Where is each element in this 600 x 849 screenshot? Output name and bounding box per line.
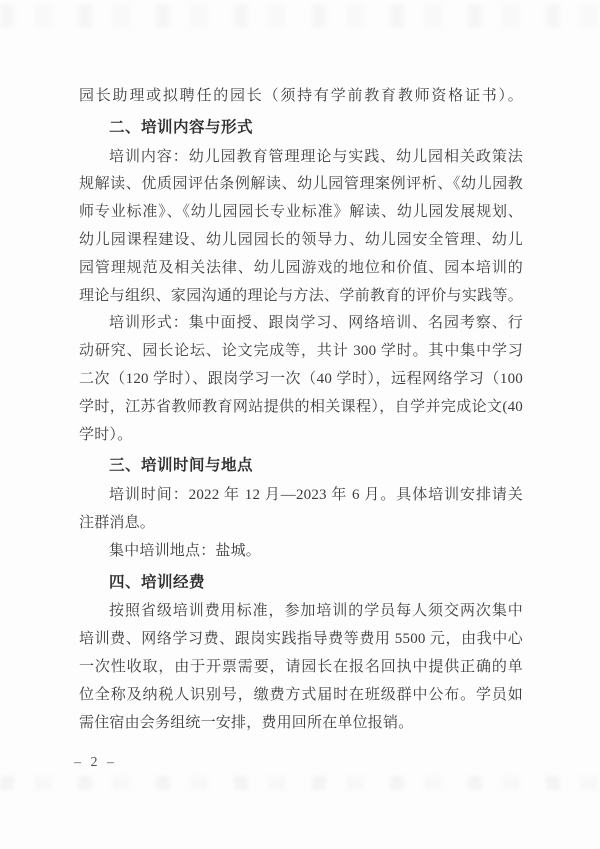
paragraph-line: 按照省级培训费用标准，参加培训的学员每人须交两次集中 — [79, 598, 523, 626]
scan-noise-bottom — [0, 776, 600, 790]
page-number: – 2 – — [74, 755, 117, 771]
paragraph-line: 需住宿由会务组统一安排，费用回所在单位报销。 — [79, 710, 523, 738]
paragraph-line: 学时，江苏省教师教育网站提供的相关课程），自学并完成论文(40 — [79, 394, 523, 422]
paragraph-line: 位全称及纳税人识别号，缴费方式届时在班级群中公布。学员如 — [79, 682, 523, 710]
paragraph-line: 学时）。 — [79, 422, 523, 450]
section-heading-time-place: 三、培训时间与地点 — [79, 452, 523, 480]
paragraph-line: 培训内容：幼儿园教育管理理论与实践、幼儿园相关政策法 — [79, 144, 523, 172]
scan-noise-top — [0, 4, 600, 28]
paragraph-line: 园管理规范及相关法律、幼儿园游戏的地位和价值、园本培训的 — [79, 255, 523, 283]
section-heading-training-fee: 四、培训经费 — [79, 569, 523, 597]
paragraph-line: 幼儿园课程建设、幼儿园园长的领导力、幼儿园安全管理、幼儿 — [79, 227, 523, 255]
section-heading-training-content: 二、培训内容与形式 — [79, 114, 523, 142]
document-body: 园长助理或拟聘任的园长（须持有学前教育教师资格证书）。 二、培训内容与形式 培训… — [79, 83, 523, 737]
paragraph-line: 培训时间：2022 年 12 月—2023 年 6 月。具体培训安排请关 — [79, 482, 523, 510]
paragraph-line: 培训费、网络学习费、跟岗实践指导费等费用 5500 元，由我中心 — [79, 626, 523, 654]
paragraph-line: 规解读、优质园评估条例解读、幼儿园管理案例评析、《幼儿园教 — [79, 171, 523, 199]
scanned-document-page: { "doc": { "p0": [ "园长助理或拟聘任的园长（须持有学前教育教… — [0, 0, 600, 849]
paragraph-line: 园长助理或拟聘任的园长（须持有学前教育教师资格证书）。 — [79, 83, 523, 111]
paragraph-line: 一次性收取，由于开票需要，请园长在报名回执中提供正确的单 — [79, 654, 523, 682]
paragraph-line: 集中培训地点：盐城。 — [79, 538, 523, 566]
paragraph-line: 师专业标准》、《幼儿园园长专业标准》解读、幼儿园发展规划、 — [79, 199, 523, 227]
paragraph-line: 培训形式：集中面授、跟岗学习、网络培训、名园考察、行 — [79, 310, 523, 338]
paragraph-line: 理论与组织、家园沟通的理论与方法、学前教育的评价与实践等。 — [79, 283, 523, 311]
paragraph-line: 动研究、园长论坛、论文完成等，共计 300 学时。其中集中学习 — [79, 338, 523, 366]
paragraph-line: 二次（120 学时）、跟岗学习一次（40 学时），远程网络学习（100 — [79, 366, 523, 394]
paragraph-line: 注群消息。 — [79, 510, 523, 538]
